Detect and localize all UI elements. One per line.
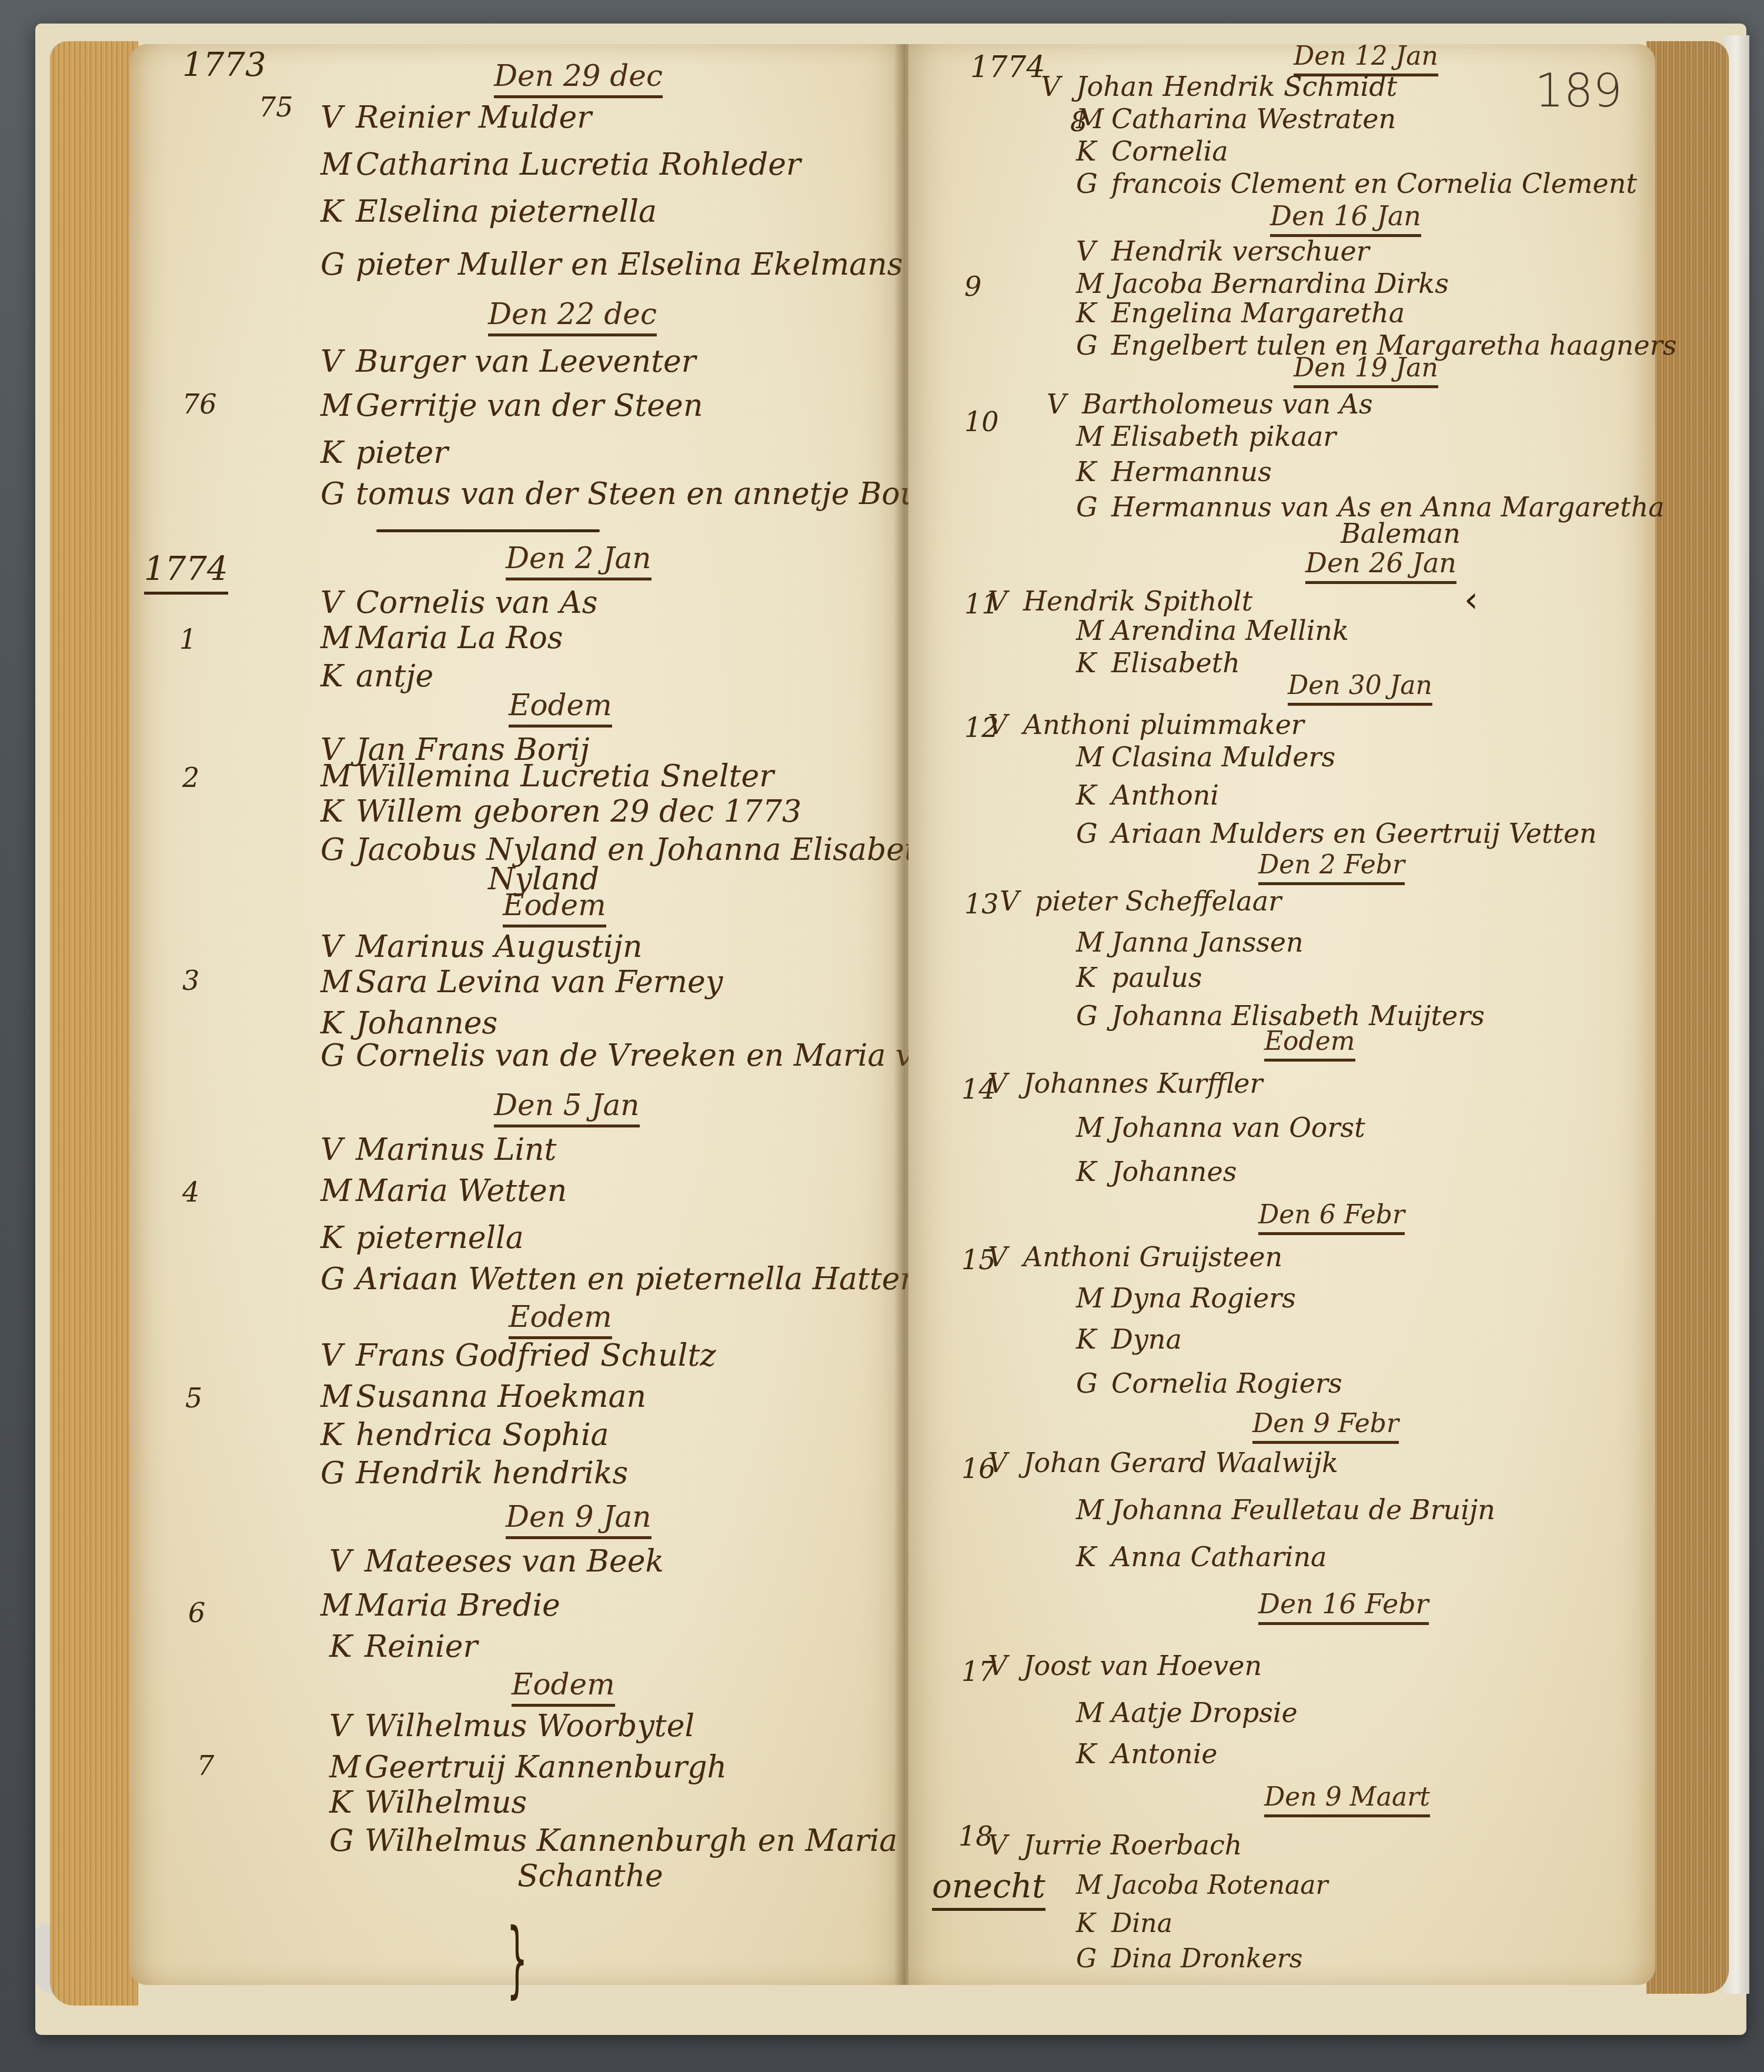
year-divider-line: [376, 529, 600, 532]
entry-child: KCornelia: [1076, 135, 1228, 167]
entry-father: VJurrie Roerbach: [988, 1829, 1242, 1861]
entry-child: KElselina pieternella: [320, 194, 657, 229]
date-heading: Den 2 Jan: [506, 541, 652, 580]
entry-witnesses: Gtomus van der Steen en annetje Bouten: [320, 476, 970, 512]
entry-number: 1: [179, 623, 196, 655]
entry-number: 6: [188, 1597, 205, 1629]
entry-number: 10: [964, 406, 999, 438]
entry-child: KWillem geboren 29 dec 1773: [320, 794, 801, 829]
entry-witnesses: GHendrik hendriks: [320, 1456, 628, 1491]
entry-witnesses: GCornelia Rogiers: [1076, 1367, 1342, 1399]
entry-number: 3: [182, 965, 199, 996]
entry-witnesses: GAriaan Mulders en Geertruij Vetten: [1076, 818, 1597, 849]
entry-mother: MJanna Janssen: [1076, 926, 1304, 958]
entry-mother: MMaria Bredie: [320, 1588, 560, 1623]
entry-father: VJoost van Hoeven: [988, 1650, 1262, 1681]
entry-father: VBurger van Leeventer: [320, 344, 696, 379]
entry-child: KHermannus: [1076, 456, 1272, 488]
year-heading-1774: 1774: [970, 50, 1045, 84]
entry-child: KDina: [1076, 1908, 1172, 1938]
entry-mother: MSara Levina van Ferney: [320, 965, 723, 1000]
entry-father: VFrans Godfried Schultz: [320, 1338, 716, 1373]
entry-child: KAnna Catharina: [1076, 1541, 1327, 1573]
entry-mother: MJacoba Bernardina Dirks: [1076, 268, 1449, 299]
entry-father: VHendrik Spitholt: [988, 585, 1252, 617]
margin-check-mark: ‹: [1464, 579, 1478, 620]
date-heading: Den 9 Maart: [1264, 1782, 1430, 1817]
entry-mother: MDyna Rogiers: [1076, 1282, 1296, 1314]
date-heading: Eodem: [503, 888, 606, 927]
date-heading: Eodem: [509, 1300, 612, 1339]
entry-father: Vpieter Scheffelaar: [1000, 885, 1281, 917]
entry-father: VCornelis van As: [320, 585, 597, 620]
entry-mother: MGeertruij Kannenburgh: [329, 1750, 727, 1785]
date-heading: Den 16 Febr: [1258, 1588, 1429, 1625]
entry-father: VAnthoni pluimmaker: [988, 709, 1304, 740]
entry-witnesses-continued: Schanthe: [517, 1859, 663, 1894]
date-heading: Eodem: [509, 688, 612, 728]
date-heading: Den 30 Jan: [1288, 670, 1432, 706]
entry-mother: MClasina Mulders: [1076, 741, 1335, 773]
date-heading: Eodem: [1264, 1026, 1355, 1062]
date-heading: Eodem: [512, 1667, 615, 1707]
entry-father: VBartholomeus van As: [1047, 388, 1373, 420]
entry-number: 2: [182, 762, 199, 793]
date-heading: Den 5 Jan: [494, 1088, 640, 1127]
entry-child: Kpieter: [320, 435, 448, 471]
entry-mother: MMaria Wetten: [320, 1173, 567, 1209]
entry-father: VJohannes Kurffler: [988, 1067, 1262, 1099]
entry-mother: MElisabeth pikaar: [1076, 421, 1336, 452]
year-heading-1774: 1774: [144, 550, 228, 595]
date-heading: Den 29 dec: [494, 59, 663, 98]
entry-witnesses-continued: Baleman: [1341, 518, 1461, 549]
entry-mother: MCatharina Westraten: [1076, 103, 1396, 135]
entry-mother: MAatje Dropsie: [1076, 1697, 1298, 1729]
margin-note-onecht: onecht: [932, 1867, 1045, 1911]
folio-number: 189: [1535, 65, 1622, 118]
entry-child: KAnthoni: [1076, 779, 1219, 811]
entry-witnesses: Gpieter Muller en Elselina Ekelmans: [320, 247, 903, 282]
entry-number: 76: [182, 388, 217, 420]
entry-child: Kantje: [320, 659, 433, 694]
date-heading: Den 16 Jan: [1270, 200, 1421, 237]
entry-mother: MArendina Mellink: [1076, 615, 1349, 646]
entry-child: KDyna: [1076, 1323, 1182, 1355]
date-heading: Den 6 Febr: [1258, 1200, 1405, 1235]
entry-mother: MJohanna van Oorst: [1076, 1112, 1365, 1143]
entry-father: VMarinus Lint: [320, 1132, 556, 1167]
entry-number: 5: [185, 1382, 202, 1414]
entry-number: 4: [182, 1176, 199, 1208]
entry-number: 9: [964, 271, 981, 302]
entry-mother: MCatharina Lucretia Rohleder: [320, 147, 801, 182]
entry-child: Khendrica Sophia: [320, 1417, 609, 1453]
entry-witnesses: GJacobus Nyland en Johanna Elisabeth: [320, 832, 936, 867]
date-heading: Den 19 Jan: [1294, 353, 1438, 388]
entry-child: KJohannes: [320, 1006, 497, 1041]
entry-mother: MWillemina Lucretia Snelter: [320, 759, 774, 794]
entry-number: 13: [964, 888, 999, 920]
entry-child: KElisabeth: [1076, 647, 1240, 679]
entry-father: VAnthoni Gruijsteen: [988, 1241, 1282, 1273]
entry-child: KAntonie: [1076, 1738, 1218, 1770]
left-page-edges: [50, 41, 138, 2006]
entry-child: KWilhelmus: [329, 1785, 527, 1820]
entry-child: KEngelina Margaretha: [1076, 297, 1405, 329]
entry-mother: MJacoba Rotenaar: [1076, 1870, 1328, 1900]
entry-father: VMateeses van Beek: [329, 1544, 664, 1579]
date-heading: Den 9 Jan: [506, 1500, 652, 1539]
entry-father: VJohan Gerard Waalwijk: [988, 1447, 1338, 1479]
entry-witnesses: Gfrancois Clement en Cornelia Clement: [1076, 168, 1637, 199]
entry-father: VReinier Mulder: [320, 100, 592, 135]
entry-mother: MSusanna Hoekman: [320, 1379, 646, 1414]
entry-father: VMarinus Augustijn: [320, 929, 643, 965]
entry-number: 7: [197, 1750, 214, 1781]
entry-father: VJohan Hendrik Schmidt: [1041, 71, 1397, 102]
entry-child: Kpieternella: [320, 1220, 524, 1256]
entry-mother: MJohanna Feulletau de Bruijn: [1076, 1494, 1495, 1526]
entry-number: 75: [259, 91, 293, 123]
date-heading: Den 9 Febr: [1252, 1409, 1399, 1444]
year-heading-1773: 1773: [182, 46, 266, 84]
date-heading: Den 22 dec: [488, 297, 657, 336]
entry-witnesses: GWilhelmus Kannenburgh en Maria: [329, 1823, 897, 1859]
entry-witnesses: GAriaan Wetten en pieternella Hatten: [320, 1262, 920, 1297]
entry-child: Kpaulus: [1076, 962, 1202, 993]
entry-mother: MGerritje van der Steen: [320, 388, 703, 423]
date-heading: Den 26 Jan: [1305, 547, 1456, 584]
entry-witnesses: GDina Dronkers: [1076, 1944, 1302, 1974]
date-heading: Den 2 Febr: [1258, 850, 1405, 885]
entry-child: KJohannes: [1076, 1156, 1237, 1187]
entry-child: KReinier: [329, 1629, 477, 1664]
entry-father: VHendrik verschuer: [1076, 235, 1369, 267]
end-of-page-brace: }: [507, 1911, 528, 2007]
entry-father: VWilhelmus Woorbytel: [329, 1709, 694, 1744]
entry-mother: MMaria La Ros: [320, 620, 563, 656]
